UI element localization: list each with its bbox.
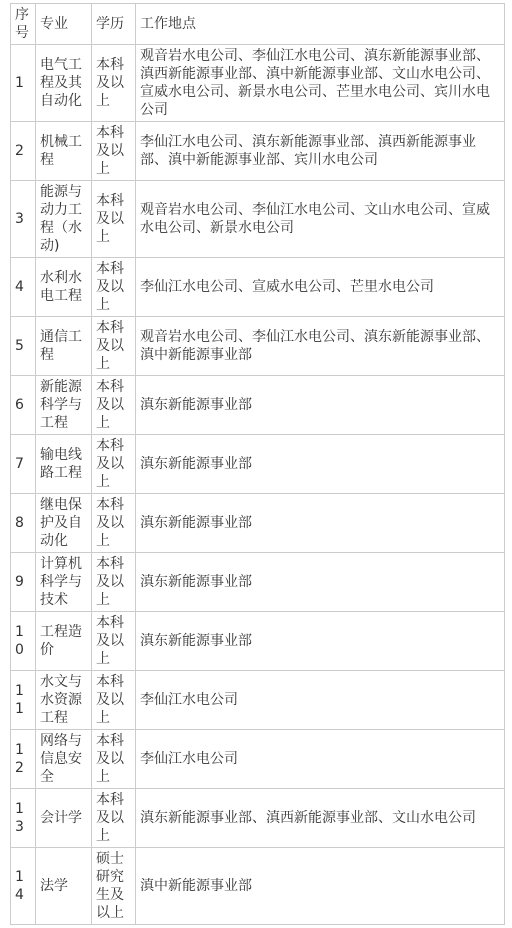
major-cell: 机械工程 [36,122,92,181]
row-number-cell: 7 [11,435,36,494]
locations-cell: 滇中新能源事业部 [136,848,505,925]
major-cell: 工程造价 [36,612,92,671]
major-cell: 通信工程 [36,317,92,376]
major-cell: 会计学 [36,789,92,848]
major-cell: 新能源科学与工程 [36,376,92,435]
row-number-cell: 8 [11,494,36,553]
row-number-cell: 13 [11,789,36,848]
table-header-row: 序号 专业 学历 工作地点 [11,4,505,45]
locations-cell: 李仙江水电公司 [136,730,505,789]
row-number-cell: 2 [11,122,36,181]
row-number-cell: 11 [11,671,36,730]
table-row: 5 通信工程 本科及以上 观音岩水电公司、李仙江水电公司、滇东新能源事业部、滇中… [11,317,505,376]
major-cell: 计算机科学与技术 [36,553,92,612]
table-row: 2 机械工程 本科及以上 李仙江水电公司、滇东新能源事业部、滇西新能源事业部、滇… [11,122,505,181]
degree-cell: 本科及以上 [92,612,136,671]
major-cell: 继电保护及自动化 [36,494,92,553]
degree-cell: 本科及以上 [92,122,136,181]
degree-cell: 本科及以上 [92,789,136,848]
table-row: 14 法学 硕士研究生及以上 滇中新能源事业部 [11,848,505,925]
major-cell: 法学 [36,848,92,925]
major-cell: 电气工程及其自动化 [36,45,92,122]
locations-cell: 观音岩水电公司、李仙江水电公司、滇东新能源事业部、滇西新能源事业部、滇中新能源事… [136,45,505,122]
table-row: 9 计算机科学与技术 本科及以上 滇东新能源事业部 [11,553,505,612]
locations-cell: 观音岩水电公司、李仙江水电公司、文山水电公司、宣威水电公司、新景水电公司 [136,181,505,258]
row-number-cell: 1 [11,45,36,122]
degree-cell: 本科及以上 [92,671,136,730]
locations-cell: 滇东新能源事业部 [136,376,505,435]
row-number-cell: 12 [11,730,36,789]
table-row: 4 水利水电工程 本科及以上 李仙江水电公司、宣威水电公司、芒里水电公司 [11,258,505,317]
major-cell: 输电线路工程 [36,435,92,494]
degree-cell: 本科及以上 [92,181,136,258]
locations-cell: 观音岩水电公司、李仙江水电公司、滇东新能源事业部、滇中新能源事业部 [136,317,505,376]
major-cell: 水利水电工程 [36,258,92,317]
locations-cell: 滇东新能源事业部 [136,494,505,553]
row-number-cell: 5 [11,317,36,376]
table-row: 7 输电线路工程 本科及以上 滇东新能源事业部 [11,435,505,494]
major-cell: 能源与动力工程（水动) [36,181,92,258]
degree-cell: 本科及以上 [92,317,136,376]
locations-cell: 李仙江水电公司、滇东新能源事业部、滇西新能源事业部、滇中新能源事业部、宾川水电公… [136,122,505,181]
table-row: 3 能源与动力工程（水动) 本科及以上 观音岩水电公司、李仙江水电公司、文山水电… [11,181,505,258]
locations-cell: 滇东新能源事业部、滇西新能源事业部、文山水电公司 [136,789,505,848]
row-number-cell: 10 [11,612,36,671]
locations-cell: 滇东新能源事业部 [136,435,505,494]
table-row: 11 水文与水资源工程 本科及以上 李仙江水电公司 [11,671,505,730]
table-row: 6 新能源科学与工程 本科及以上 滇东新能源事业部 [11,376,505,435]
major-cell: 网络与信息安全 [36,730,92,789]
major-cell: 水文与水资源工程 [36,671,92,730]
header-degree: 学历 [92,4,136,45]
row-number-cell: 9 [11,553,36,612]
degree-cell: 本科及以上 [92,730,136,789]
row-number-cell: 14 [11,848,36,925]
table-row: 12 网络与信息安全 本科及以上 李仙江水电公司 [11,730,505,789]
degree-cell: 本科及以上 [92,45,136,122]
recruitment-table: 序号 专业 学历 工作地点 1 电气工程及其自动化 本科及以上 观音岩水电公司、… [10,3,505,925]
table-row: 13 会计学 本科及以上 滇东新能源事业部、滇西新能源事业部、文山水电公司 [11,789,505,848]
degree-cell: 硕士研究生及以上 [92,848,136,925]
table-row: 10 工程造价 本科及以上 滇东新能源事业部 [11,612,505,671]
header-no: 序号 [11,4,36,45]
locations-cell: 李仙江水电公司、宣威水电公司、芒里水电公司 [136,258,505,317]
locations-cell: 滇东新能源事业部 [136,612,505,671]
locations-cell: 李仙江水电公司 [136,671,505,730]
degree-cell: 本科及以上 [92,494,136,553]
table-body: 1 电气工程及其自动化 本科及以上 观音岩水电公司、李仙江水电公司、滇东新能源事… [11,45,505,925]
degree-cell: 本科及以上 [92,376,136,435]
row-number-cell: 3 [11,181,36,258]
locations-cell: 滇东新能源事业部 [136,553,505,612]
page: 序号 专业 学历 工作地点 1 电气工程及其自动化 本科及以上 观音岩水电公司、… [0,0,512,928]
row-number-cell: 4 [11,258,36,317]
degree-cell: 本科及以上 [92,553,136,612]
degree-cell: 本科及以上 [92,435,136,494]
table-row: 1 电气工程及其自动化 本科及以上 观音岩水电公司、李仙江水电公司、滇东新能源事… [11,45,505,122]
table-row: 8 继电保护及自动化 本科及以上 滇东新能源事业部 [11,494,505,553]
row-number-cell: 6 [11,376,36,435]
header-locations: 工作地点 [136,4,505,45]
header-major: 专业 [36,4,92,45]
degree-cell: 本科及以上 [92,258,136,317]
